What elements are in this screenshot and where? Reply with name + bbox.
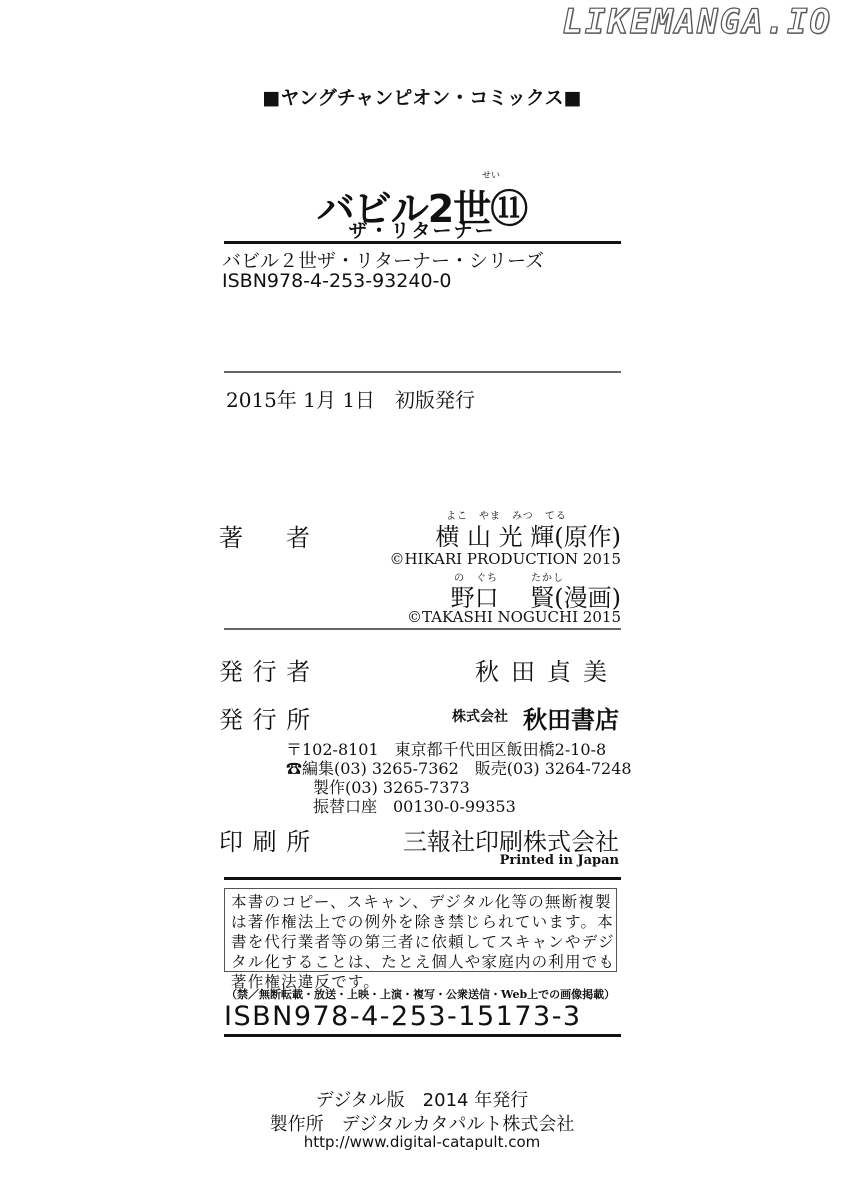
- office-name: 秋田書店: [523, 700, 619, 735]
- author-original: 横 山 光 輝(原作): [435, 517, 621, 552]
- copyright-notice: 本書のコピー、スキャン、デジタル化等の無断複製は著作権法上での例外を除き禁じられ…: [231, 892, 616, 992]
- printer-label: 印 刷 所: [219, 822, 311, 857]
- series-name: バビル２世ザ・リターナー・シリーズ: [222, 246, 544, 273]
- watermark: LIKEMANGA.IO: [562, 2, 832, 42]
- office-prefix: 株式会社: [452, 706, 508, 726]
- divider: [224, 241, 621, 244]
- prohibition-note: （禁／無断転載・放送・上映・上演・複写・公衆送信・Web上での画像掲載）: [226, 986, 615, 1002]
- isbn: ISBN978-4-253-15173-3: [224, 1001, 582, 1032]
- publisher-label: 発 行 者: [219, 652, 311, 687]
- digital-url[interactable]: http://www.digital-catapult.com: [0, 1133, 844, 1151]
- divider: [224, 628, 621, 630]
- printer-name: 三報社印刷株式会社: [403, 822, 619, 857]
- divider: [224, 371, 621, 373]
- author-artist-copyright: ©TAKASHI NOGUCHI 2015: [407, 608, 621, 626]
- divider: [224, 1034, 621, 1037]
- imprint-label: ■ヤングチャンピオン・コミックス■: [0, 83, 844, 110]
- publisher-name: 秋田貞美: [475, 652, 619, 687]
- office-label: 発 行 所: [219, 700, 311, 735]
- publication-date: 2015年 1月 1日 初版発行: [226, 384, 475, 413]
- book-subtitle: ザ・リターナー: [0, 216, 844, 243]
- author-label: 著者: [219, 518, 311, 553]
- divider: [224, 877, 621, 880]
- office-transfer-account: 振替口座 00130-0-99353: [313, 794, 516, 817]
- printed-in: Printed in Japan: [500, 853, 619, 868]
- author-original-copyright: ©HIKARI PRODUCTION 2015: [389, 550, 621, 568]
- digital-edition: デジタル版 2014 年発行: [0, 1086, 844, 1112]
- author-label-char: 著: [219, 524, 244, 552]
- series-isbn: ISBN978-4-253-93240-0: [222, 270, 451, 292]
- copyright-notice-box: 本書のコピー、スキャン、デジタル化等の無断複製は著作権法上での例外を除き禁じられ…: [224, 888, 617, 972]
- author-label-char: 者: [286, 524, 311, 552]
